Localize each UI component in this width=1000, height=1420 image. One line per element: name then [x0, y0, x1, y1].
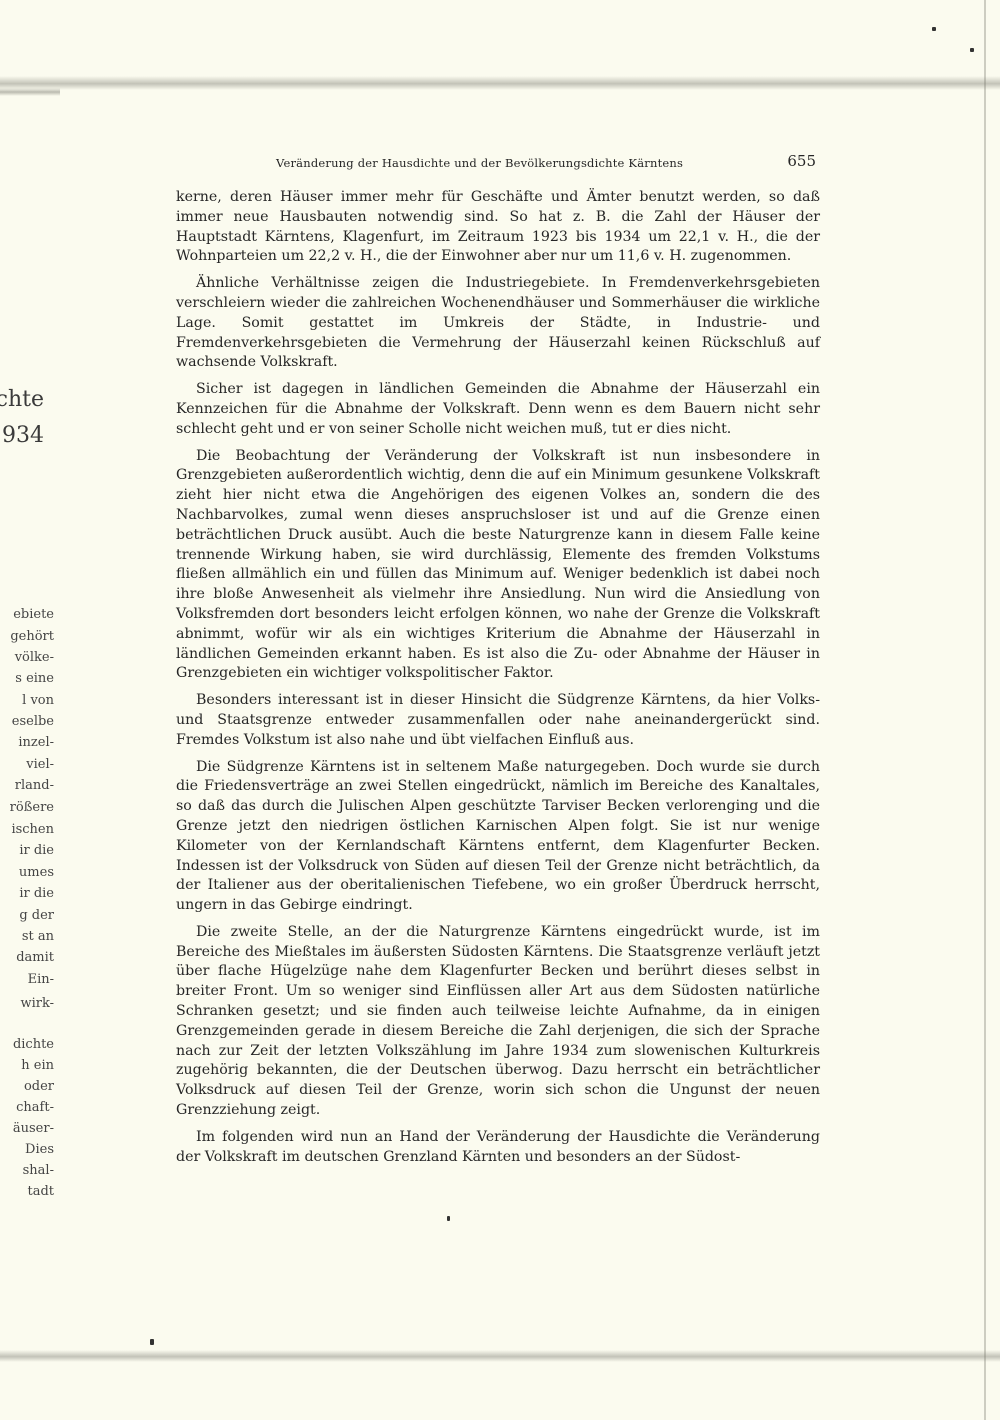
previous-page-heading-line: 934: [2, 420, 44, 452]
running-head: Veränderung der Hausdichte und der Bevöl…: [276, 152, 816, 176]
scan-speck: [970, 48, 974, 52]
previous-page-line: gehört: [10, 627, 54, 647]
paragraph: kerne, deren Häuser immer mehr für Gesch…: [176, 188, 820, 267]
body-text: kerne, deren Häuser immer mehr für Gesch…: [176, 188, 820, 1174]
previous-page-line: ebiete: [13, 605, 54, 625]
scan-fold-shadow-bottom: [0, 1350, 1000, 1362]
paragraph: Die zweite Stelle, an der die Naturgrenz…: [176, 923, 820, 1121]
previous-page-line: tadt: [27, 1182, 54, 1202]
previous-page-line: chaft-: [16, 1098, 54, 1118]
previous-page-line: h ein: [21, 1056, 54, 1076]
previous-page-line: s eine: [15, 669, 54, 689]
page-number: 655: [787, 152, 816, 170]
previous-page-line: ir die: [19, 884, 54, 904]
previous-page-heading-line: ichte: [0, 384, 44, 416]
paragraph: Sicher ist dagegen in ländlichen Gemeind…: [176, 380, 820, 439]
previous-page-line: rößere: [10, 798, 54, 818]
running-head-title: Veränderung der Hausdichte und der Bevöl…: [276, 156, 683, 170]
previous-page-line: st an: [22, 927, 54, 947]
previous-page-line: dichte: [13, 1035, 54, 1055]
previous-page-line: umes: [19, 863, 54, 883]
previous-page-line: rland-: [15, 776, 54, 796]
previous-page-line: viel-: [26, 755, 54, 775]
previous-page-line: g der: [19, 906, 54, 926]
previous-page-line: shal-: [23, 1161, 54, 1181]
previous-page-line: inzel-: [18, 733, 54, 753]
scan-speck: [447, 1216, 450, 1221]
scan-speck: [932, 27, 936, 31]
paragraph: Besonders interessant ist in dieser Hins…: [176, 691, 820, 750]
previous-page-line: völke-: [15, 648, 54, 668]
scan-speck: [150, 1339, 154, 1345]
previous-page-line: damit: [16, 948, 54, 968]
paragraph: Die Südgrenze Kärntens ist in seltenem M…: [176, 758, 820, 916]
page-edge-right: [984, 0, 986, 1420]
previous-page-line: wirk-: [20, 994, 54, 1014]
previous-page-line: l von: [22, 691, 54, 711]
previous-page-line: Ein-: [28, 970, 54, 990]
previous-page-line: oder: [24, 1077, 54, 1097]
scan-fold-shadow-top: [0, 76, 1000, 90]
previous-page-line: Dies: [25, 1140, 54, 1160]
paragraph: Im folgenden wird nun an Hand der Veränd…: [176, 1128, 820, 1168]
previous-page-line: eselbe: [12, 712, 54, 732]
previous-page-line: ir die: [19, 841, 54, 861]
previous-page-line: ischen: [11, 820, 54, 840]
previous-page-fragment: ichte 934 ebietegehörtvölke-s einel vone…: [0, 0, 60, 1420]
paragraph: Ähnliche Verhältnisse zeigen die Industr…: [176, 274, 820, 373]
paragraph: Die Beobachtung der Veränderung der Volk…: [176, 447, 820, 685]
previous-page-line: äuser-: [13, 1119, 54, 1139]
